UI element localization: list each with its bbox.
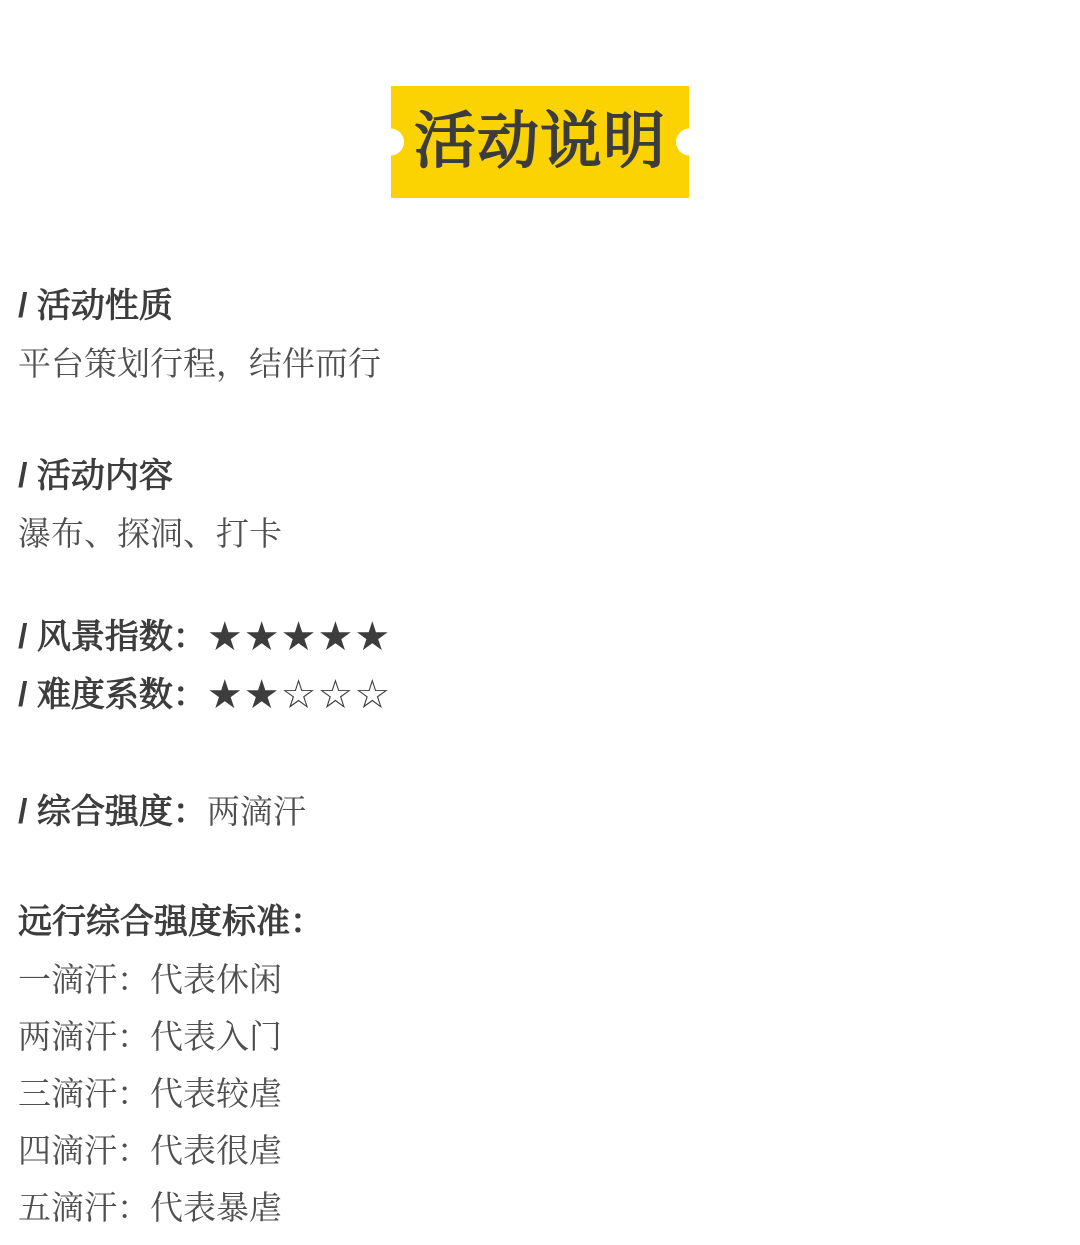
banner-container: 活动说明 — [0, 0, 1080, 198]
section-body: 瀑布、探洞、打卡 — [18, 505, 1062, 562]
section-activity-content: / 活动内容 瀑布、探洞、打卡 — [18, 448, 1062, 562]
section-header: / 活动内容 — [18, 448, 1062, 505]
intensity-standard-block: 远行综合强度标准： 一滴汗：代表休闲 两滴汗：代表入门 三滴汗：代表较虐 四滴汗… — [18, 894, 1062, 1236]
standard-level-3: 三滴汗：代表较虐 — [18, 1065, 1062, 1122]
difficulty-rating-stars: ★★☆☆☆ — [207, 673, 391, 717]
standard-level-1: 一滴汗：代表休闲 — [18, 951, 1062, 1008]
difficulty-rating-label: / 难度系数： — [18, 676, 207, 714]
scenery-rating-line: / 风景指数：★★★★★ — [18, 608, 1062, 666]
intensity-line: / 综合强度：两滴汗 — [18, 783, 1062, 841]
content-area: / 活动性质 平台策划行程，结伴而行 / 活动内容 瀑布、探洞、打卡 / 风景指… — [0, 278, 1080, 1236]
ticket-notch-left-icon — [377, 129, 404, 156]
intensity-value: 两滴汗 — [207, 793, 306, 830]
section-activity-nature: / 活动性质 平台策划行程，结伴而行 — [18, 278, 1062, 392]
intensity-label: / 综合强度： — [18, 793, 207, 831]
standard-header: 远行综合强度标准： — [18, 894, 1062, 951]
standard-level-2: 两滴汗：代表入门 — [18, 1008, 1062, 1065]
standard-level-4: 四滴汗：代表很虐 — [18, 1122, 1062, 1179]
activity-description-page: 活动说明 / 活动性质 平台策划行程，结伴而行 / 活动内容 瀑布、探洞、打卡 … — [0, 0, 1080, 1236]
scenery-rating-label: / 风景指数： — [18, 618, 207, 656]
banner-ticket: 活动说明 — [391, 86, 689, 198]
difficulty-rating-line: / 难度系数：★★☆☆☆ — [18, 666, 1062, 724]
intensity-text: / 综合强度：两滴汗 — [18, 783, 1062, 841]
section-body: 平台策划行程，结伴而行 — [18, 335, 1062, 392]
ticket-notch-right-icon — [676, 129, 703, 156]
page-title: 活动说明 — [414, 107, 666, 176]
section-header: / 活动性质 — [18, 278, 1062, 335]
ratings-block: / 风景指数：★★★★★ / 难度系数：★★☆☆☆ — [18, 608, 1062, 724]
scenery-rating-stars: ★★★★★ — [207, 615, 391, 659]
standard-level-5: 五滴汗：代表暴虐 — [18, 1179, 1062, 1236]
